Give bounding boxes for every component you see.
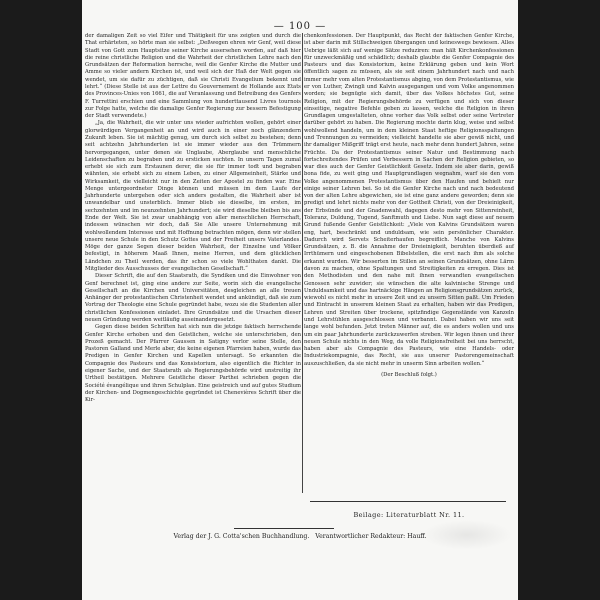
editor-credit: Verantwortlicher Redakteur: Hauff. [315, 533, 426, 540]
supplement-notice: Beilage: Literaturblatt Nr. 11. [304, 511, 514, 519]
left-paragraph-3: Dieser Schrift, die auf den Staatsrath, … [85, 273, 301, 324]
column-divider [302, 33, 303, 493]
left-paragraph-1: der damaligen Zeit so viel Eifer und Thä… [85, 33, 301, 120]
newspaper-page: — 100 — der damaligen Zeit so viel Eifer… [82, 0, 518, 600]
left-column: der damaligen Zeit so viel Eifer und Thä… [85, 33, 301, 404]
section-rule [310, 501, 506, 502]
left-paragraph-4: Gegen diese beiden Schriften hat sich nu… [85, 324, 301, 404]
page-number: — 100 — [82, 21, 518, 32]
footer-rule [234, 528, 334, 529]
left-paragraph-2: „Ja, die Wahrheit, die wir unter uns wie… [85, 120, 301, 273]
continuation-note: (Der Beschluß folgt.) [304, 372, 514, 379]
footer: Verlag der J. G. Cotta'schen Buchhandlun… [82, 533, 518, 540]
right-column: chenkonfessionen. Der Hauptpunkt, das Re… [304, 33, 514, 379]
right-paragraph-1: chenkonfessionen. Der Hauptpunkt, das Re… [304, 33, 514, 368]
publisher-imprint: Verlag der J. G. Cotta'schen Buchhandlun… [174, 533, 310, 540]
